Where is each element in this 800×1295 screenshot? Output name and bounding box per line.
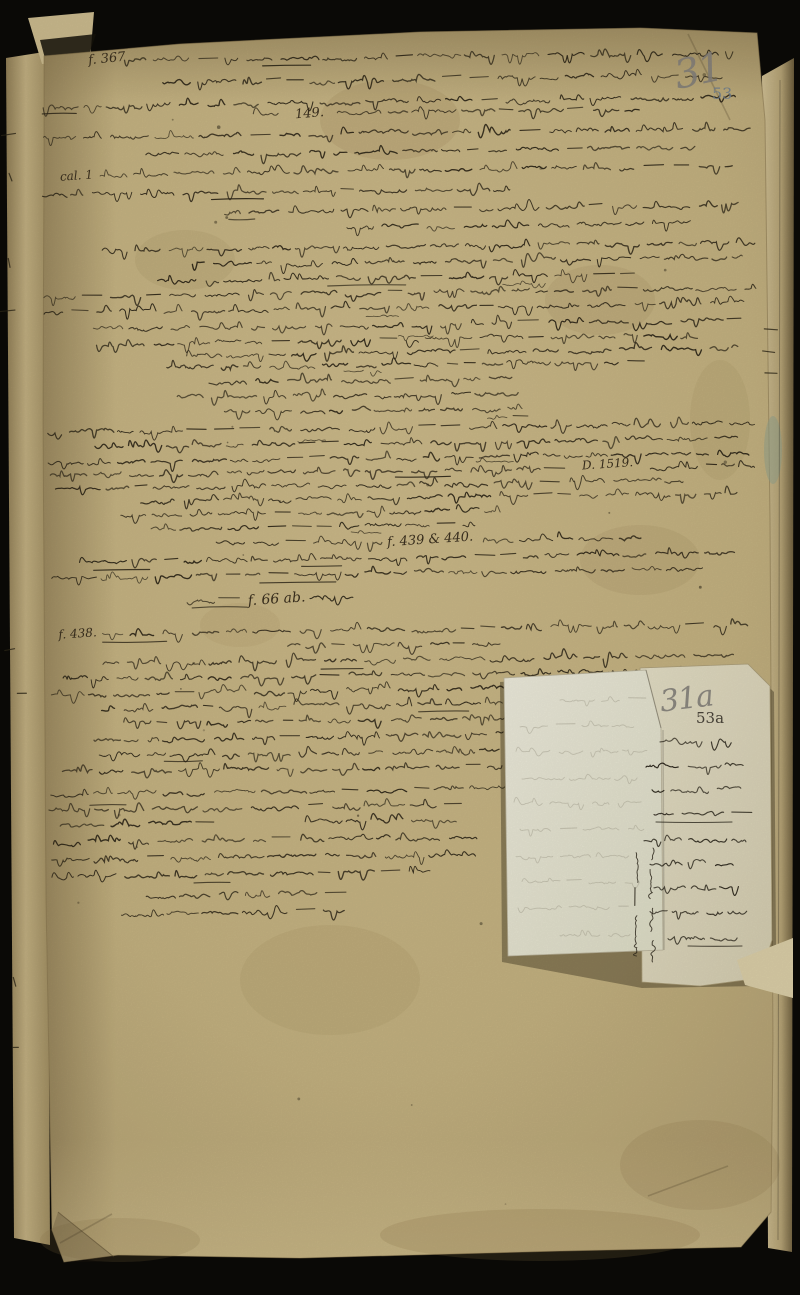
scan-svg: f. 367149.cal. 1D. 1519.f. 439 & 440.f. …: [0, 0, 800, 1295]
grain-overlay: [0, 0, 800, 1295]
manuscript-scan: f. 367149.cal. 1D. 1519.f. 439 & 440.f. …: [0, 0, 800, 1295]
